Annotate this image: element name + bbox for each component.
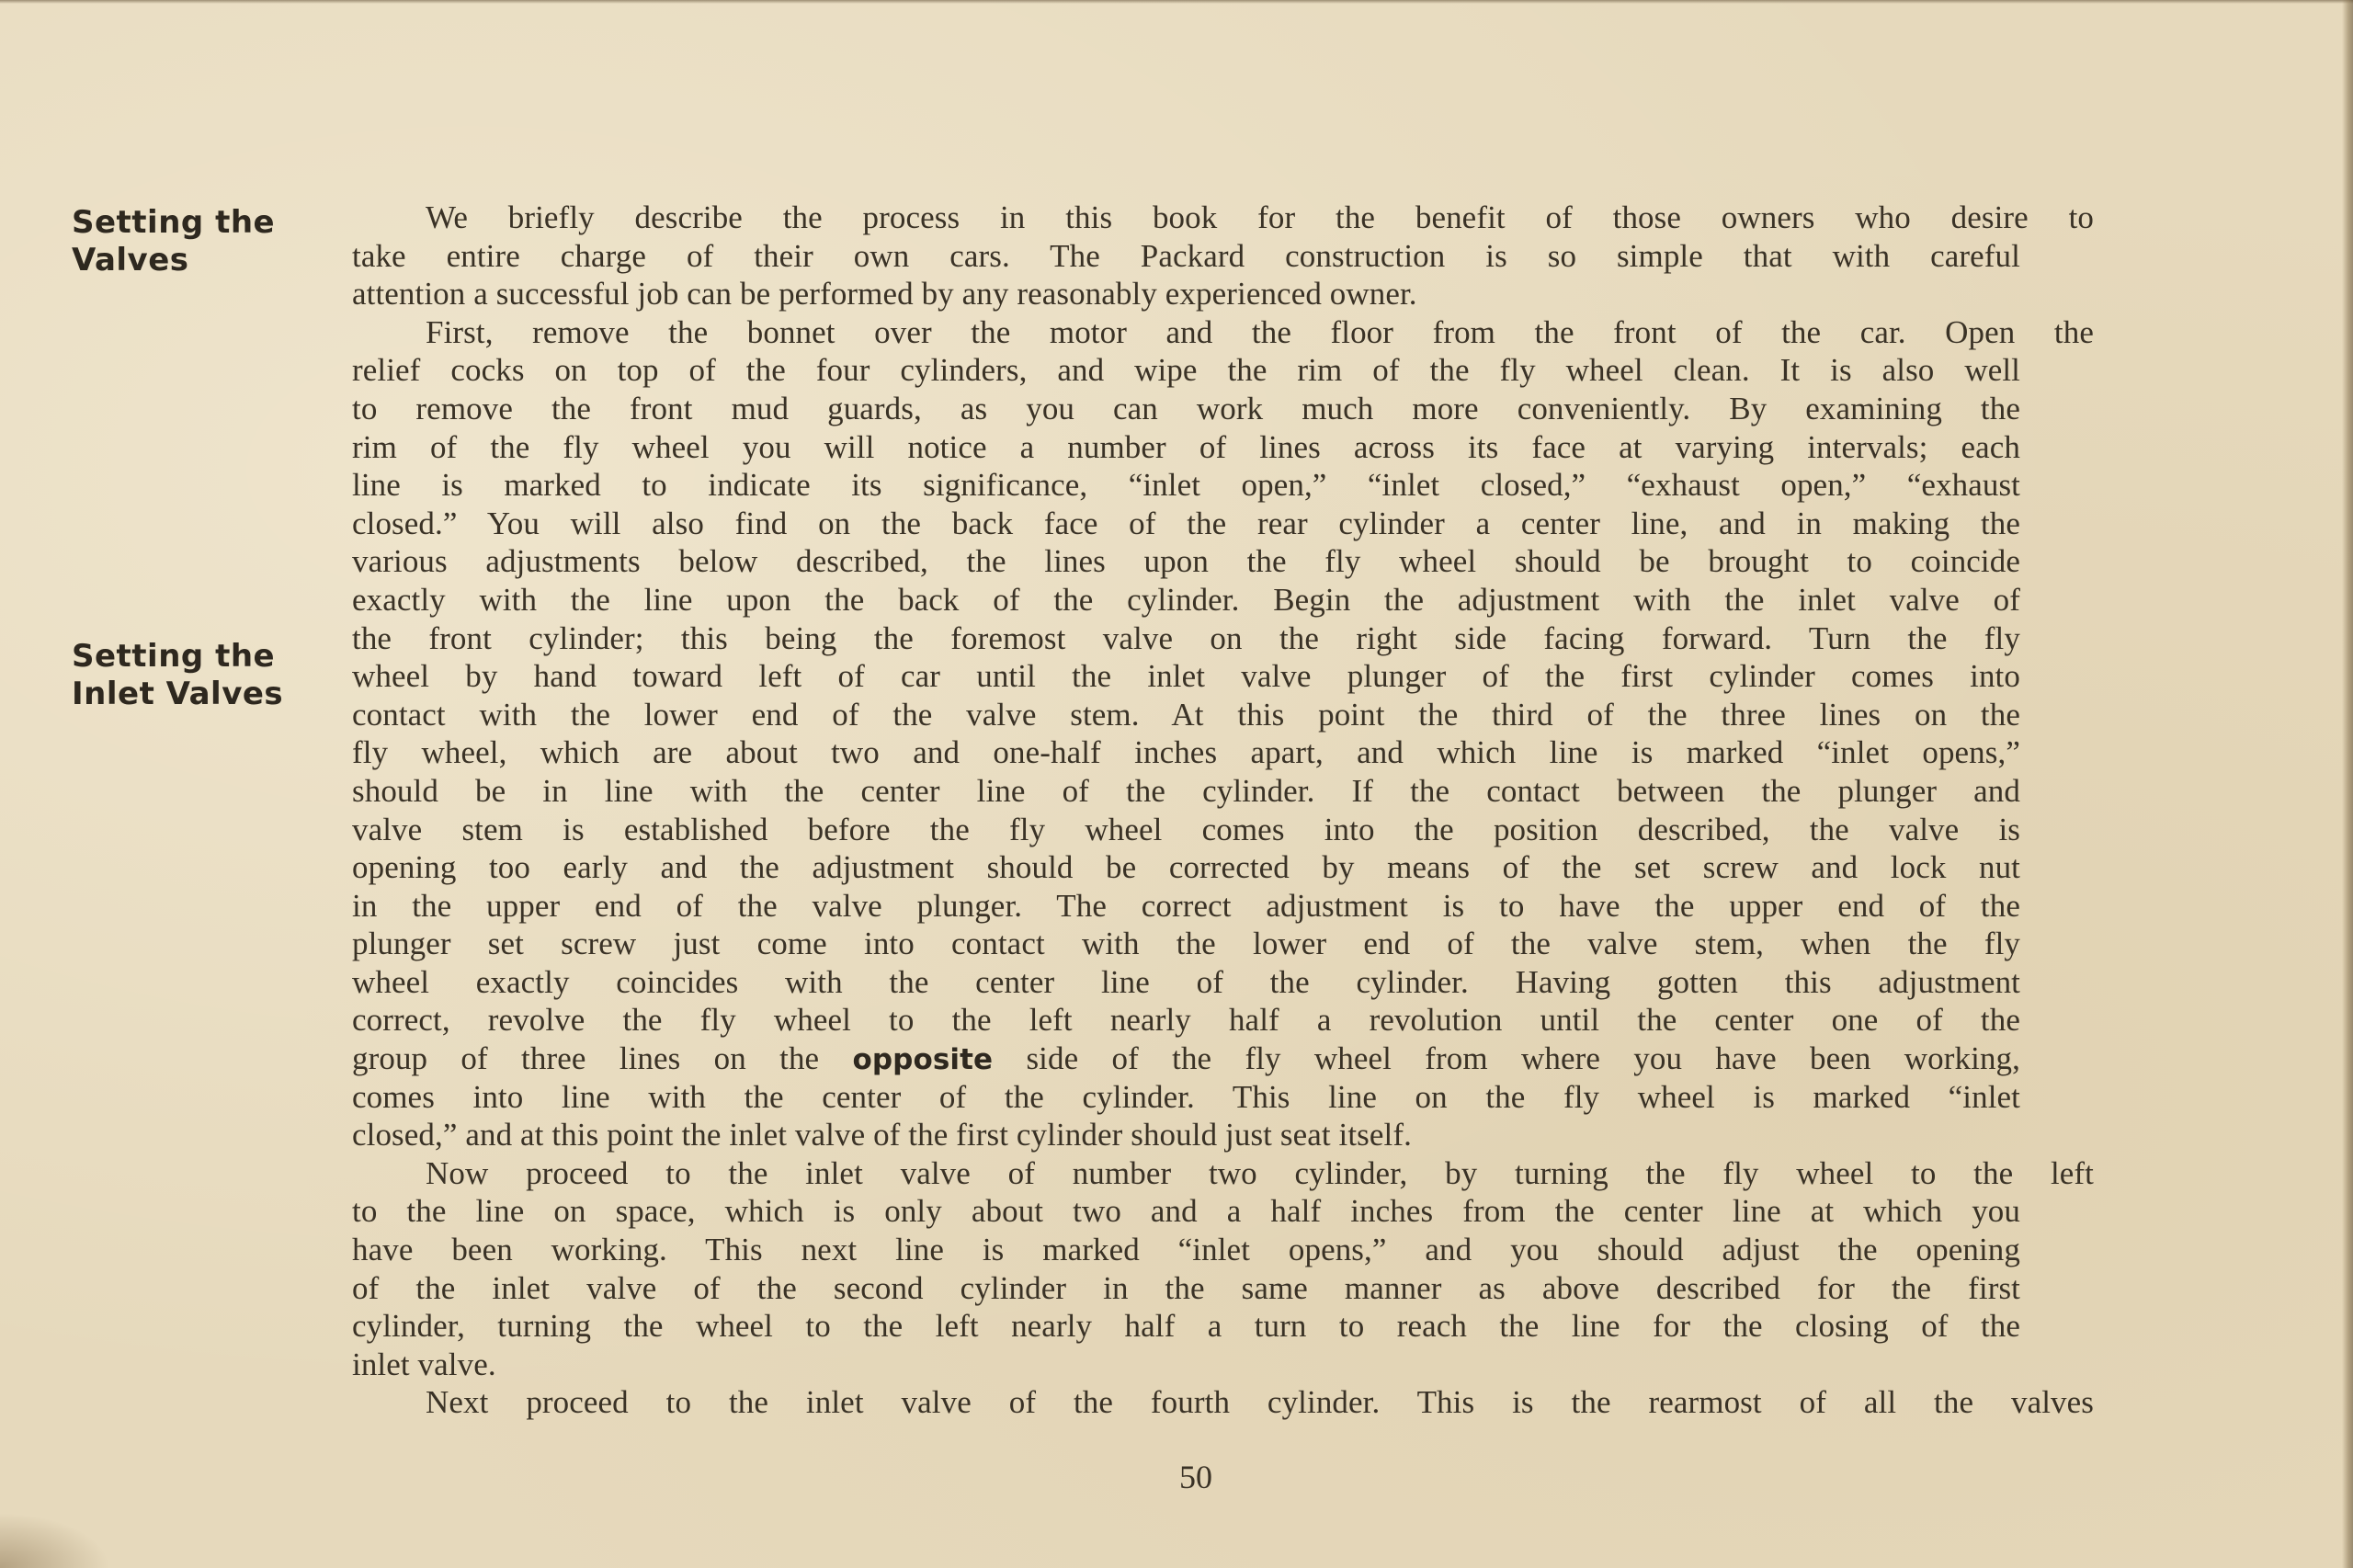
page-corner-stain [0,1513,110,1568]
margin-heading-line: Valves [72,242,275,279]
page-top-edge [0,0,2353,4]
text-line: wheel exactly coincides with the center … [352,963,2020,1002]
text-line: plunger set screw just come into contact… [352,925,2020,963]
text-line: relief cocks on top of the four cylinder… [352,351,2020,390]
text-line: opening too early and the adjustment sho… [352,848,2020,887]
text-line: We briefly describe the process in this … [352,199,2094,237]
emphasized-word: opposite [852,1043,993,1076]
text-line: wheel by hand toward left of car until t… [352,657,2020,696]
text-line: of the inlet valve of the second cylinde… [352,1269,2020,1308]
margin-heading-line: Inlet Valves [72,676,283,713]
text-line: various adjustments below described, the… [352,542,2020,581]
text-line: contact with the lower end of the valve … [352,696,2020,734]
page-right-edge [2342,0,2353,1568]
text-line: have been working. This next line is mar… [352,1231,2020,1269]
text-fragment: side of the fly wheel from where you hav… [993,1040,2020,1076]
text-line: correct, revolve the fly wheel to the le… [352,1001,2020,1040]
margin-heading-setting-valves: Setting the Valves [72,204,275,279]
text-line-with-emphasis: group of three lines on the opposite sid… [352,1040,2020,1078]
text-line: First, remove the bonnet over the motor … [352,313,2094,352]
text-line: closed,” and at this point the inlet val… [352,1116,1412,1154]
text-line: comes into line with the center of the c… [352,1078,2020,1117]
text-line: Now proceed to the inlet valve of number… [352,1154,2094,1193]
text-line: valve stem is established before the fly… [352,811,2020,849]
margin-heading-line: Setting the [72,638,283,676]
text-line: take entire charge of their own cars. Th… [352,237,2020,276]
margin-heading-setting-inlet-valves: Setting the Inlet Valves [72,638,283,713]
text-line: should be in line with the center line o… [352,772,2020,811]
text-line: exactly with the line upon the back of t… [352,581,2020,619]
text-fragment: group of three lines on the [352,1040,852,1076]
text-line: rim of the fly wheel you will notice a n… [352,428,2020,467]
text-line: attention a successful job can be perfor… [352,275,1417,313]
text-line: Next proceed to the inlet valve of the f… [352,1383,2094,1422]
body-text: We briefly describe the process in this … [352,199,2020,1422]
margin-heading-line: Setting the [72,204,275,242]
text-line: closed.” You will also find on the back … [352,505,2020,543]
book-page: Setting the Valves Setting the Inlet Val… [0,0,2353,1568]
text-line: inlet valve. [352,1346,496,1384]
text-line: cylinder, turning the wheel to the left … [352,1307,2020,1346]
text-line: line is marked to indicate its significa… [352,466,2020,505]
page-number: 50 [1179,1458,1212,1496]
text-line: to the line on space, which is only abou… [352,1192,2020,1231]
text-line: to remove the front mud guards, as you c… [352,390,2020,428]
text-line: fly wheel, which are about two and one-h… [352,733,2020,772]
text-line: the front cylinder; this being the forem… [352,619,2020,658]
text-line: in the upper end of the valve plunger. T… [352,887,2020,926]
